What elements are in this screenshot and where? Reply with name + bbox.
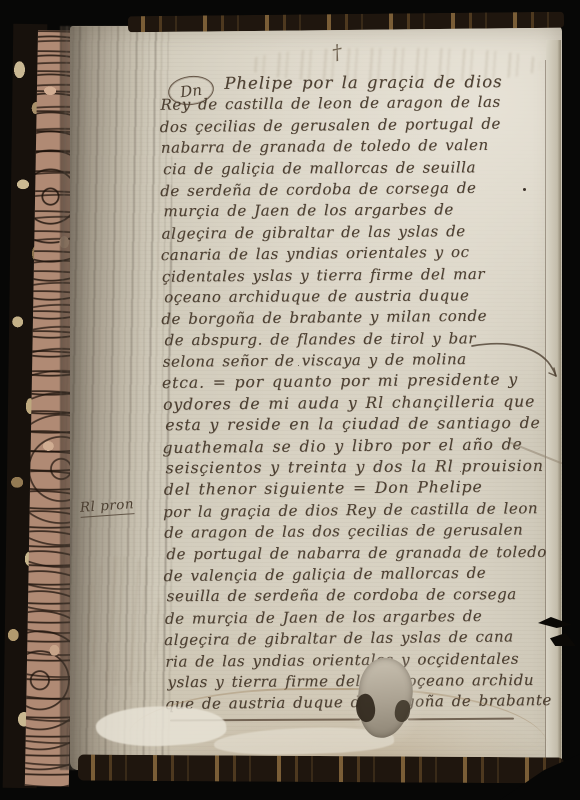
manuscript-line: çidentales yslas y tierra firme del mar [162, 263, 558, 288]
manuscript-line: esta y reside en la çiudad de santiago d… [165, 413, 561, 437]
manuscript-line: de borgoña de brabante y milan conde [161, 305, 557, 331]
manuscript-line: seuilla de serdeña de cordoba de corsega [167, 584, 563, 608]
manuscript-line: seisçientos y treinta y dos la Rl prouis… [166, 456, 562, 480]
manuscript-line: nabarra de granada de toledo de valen [161, 134, 557, 159]
photo-of-manuscript: † Dn Rl pron Phelipe por la graçia de di… [0, 0, 580, 800]
manuscript-line: canaria de las yndias orientales y oc [161, 241, 557, 267]
manuscript-line: de aragon de las dos çecilias de gerusal… [164, 519, 560, 544]
book-bottom-edge [78, 755, 564, 784]
manuscript-line: por la graçia de dios Rey de castilla de… [163, 498, 559, 524]
manuscript-line: Phelipe por la graçia de dios [162, 71, 558, 95]
manuscript-line: de abspurg. de flandes de tirol y bar [164, 327, 560, 351]
manuscript-line: murçia de Jaen de los argarbes de [163, 199, 559, 223]
manuscript-text-block: Phelipe por la graçia de dios Rey de cas… [160, 70, 562, 715]
manuscript-line: algeçira de gibraltar de las yslas de ca… [164, 626, 560, 652]
margin-note-real-provision: Rl pron [79, 496, 134, 518]
manuscript-line: dos çecilias de gerusalen de portugal de [160, 113, 556, 139]
binding-gutter [60, 26, 172, 770]
